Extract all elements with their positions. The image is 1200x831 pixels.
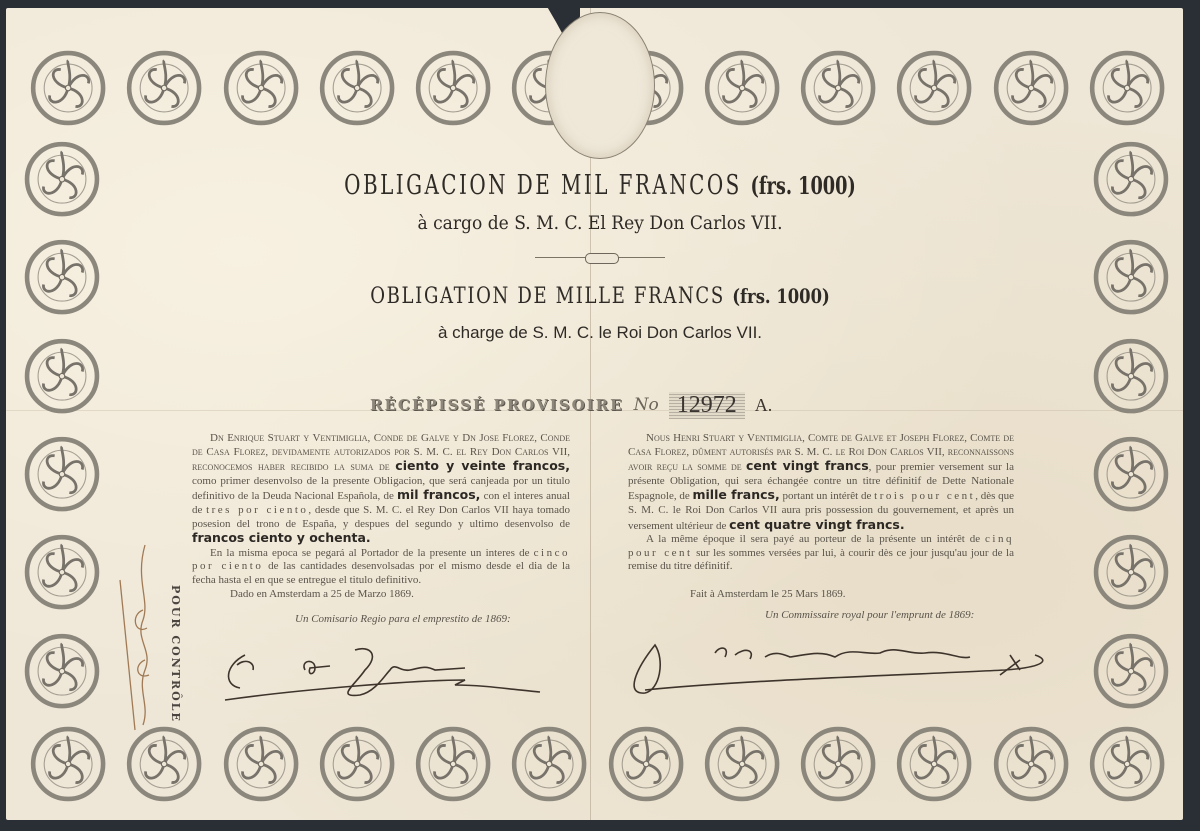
subtitle-spanish: à cargo de S. M. C. El Rey Don Carlos VI…: [60, 212, 1140, 234]
receipt-number-line: RÉCÉPISSÉ PROVISOIRE No 12972 A.: [370, 392, 840, 418]
french-paragraph-2: A la même époque il sera payé au porteur…: [628, 533, 1014, 574]
signature-commissioner: [625, 635, 1055, 700]
serial-suffix: A.: [755, 395, 773, 416]
french-paragraph-1: Nous Henri Stuart y Ventimiglia, Comte d…: [628, 432, 1014, 533]
spanish-commissioner-label: Un Comisario Regio para el emprestito de…: [295, 613, 511, 625]
control-signature: [105, 540, 165, 735]
receipt-label: RÉCÉPISSÉ PROVISOIRE: [370, 396, 624, 414]
title-spanish: OBLIGACION DE MIL FRANCOS (frs. 1000): [108, 170, 1092, 201]
spanish-date-line: Dado en Amsterdam a 25 de Marzo 1869.: [230, 588, 414, 600]
spanish-paragraph-1: Dn Enrique Stuart y Ventimiglia, Conde d…: [192, 432, 570, 547]
title-french: OBLIGATION DE MILLE FRANCS (frs. 1000): [108, 284, 1092, 309]
signature-conde-de-galve: [215, 640, 555, 705]
spanish-text-column: Dn Enrique Stuart y Ventimiglia, Conde d…: [192, 432, 570, 588]
french-text-column: Nous Henri Stuart y Ventimiglia, Comte d…: [628, 432, 1014, 574]
number-prefix: No: [634, 395, 659, 415]
divider-ornament-icon: [585, 253, 619, 264]
control-label: POUR CONTRÔLE: [168, 585, 182, 725]
french-date-line: Fait à Amsterdam le 25 Mars 1869.: [690, 588, 846, 600]
serial-number: 12972: [669, 392, 745, 419]
french-commissioner-label: Un Commissaire royal pour l'emprunt de 1…: [765, 609, 974, 621]
subtitle-french: à charge de S. M. C. le Roi Don Carlos V…: [0, 323, 1200, 343]
spanish-paragraph-2: En la misma epoca se pegará al Portador …: [192, 547, 570, 588]
